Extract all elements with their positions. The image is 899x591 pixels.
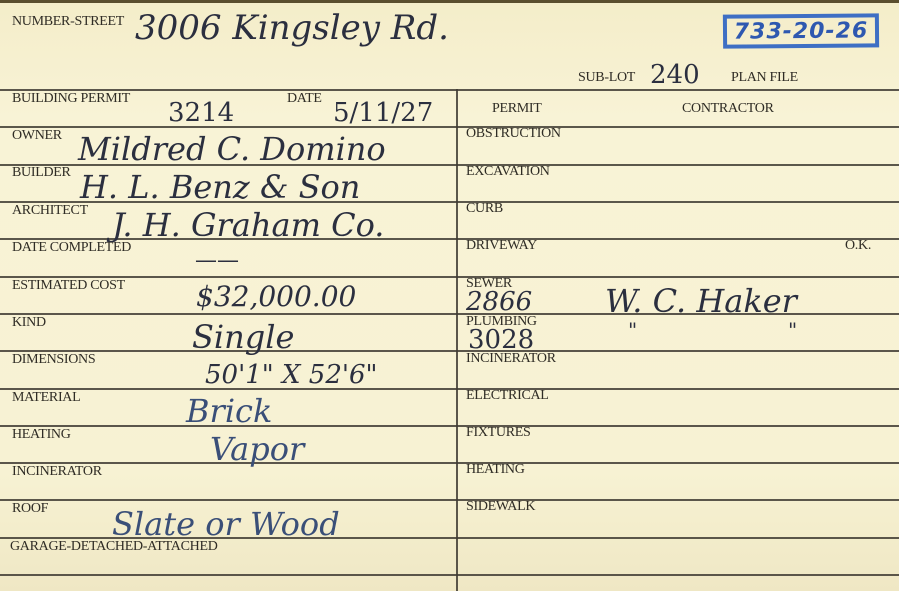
owner-label: OWNER: [12, 128, 62, 144]
plan-file-label: PLAN FILE: [731, 70, 798, 86]
rule: [0, 388, 899, 390]
builder-label: BUILDER: [12, 165, 71, 181]
material-value: Brick: [186, 392, 272, 430]
date-completed-value: ——: [195, 248, 239, 273]
obstruction-label: OBSTRUCTION: [466, 126, 561, 142]
permit-column-header: PERMIT: [492, 101, 542, 117]
owner-value: Mildred C. Domino: [78, 130, 386, 168]
dimensions-value: 50'1" X 52'6": [205, 360, 378, 390]
driveway-status: O.K.: [845, 238, 871, 254]
incinerator-permit-label: INCINERATOR: [466, 351, 556, 367]
builder-value: H. L. Benz & Son: [80, 168, 360, 206]
contractor-column-header: CONTRACTOR: [682, 101, 774, 117]
date-value: 5/11/27: [333, 98, 433, 128]
kind-value: Single: [192, 318, 294, 356]
building-permit-card: NUMBER-STREET 3006 Kingsley Rd. 733-20-2…: [0, 0, 899, 591]
rule: [0, 126, 899, 128]
number-street-value: 3006 Kingsley Rd.: [135, 8, 449, 48]
garage-label: GARAGE-DETACHED-ATTACHED: [10, 539, 218, 555]
incinerator-label: INCINERATOR: [12, 464, 102, 480]
rule: [0, 499, 899, 501]
sewer-permit-value: 2866: [466, 287, 532, 317]
sublot-label: SUB-LOT: [578, 70, 635, 86]
material-label: MATERIAL: [12, 390, 80, 406]
column-divider: [456, 89, 458, 591]
electrical-label: ELECTRICAL: [466, 388, 549, 404]
sublot-value: 240: [650, 60, 700, 90]
rule: [0, 462, 899, 464]
heating-value: Vapor: [210, 430, 304, 468]
rule: [0, 574, 899, 576]
rule: [0, 425, 899, 427]
roof-label: ROOF: [12, 501, 48, 517]
fixtures-label: FIXTURES: [466, 425, 531, 441]
estimated-cost-value: $32,000.00: [196, 280, 356, 313]
heating-label: HEATING: [12, 427, 71, 443]
sidewalk-label: SIDEWALK: [466, 499, 535, 515]
dimensions-label: DIMENSIONS: [12, 352, 95, 368]
rule: [0, 89, 899, 91]
curb-label: CURB: [466, 201, 503, 217]
heating-permit-label: HEATING: [466, 462, 525, 478]
date-label: DATE: [287, 91, 322, 107]
number-street-label: NUMBER-STREET: [12, 14, 124, 30]
rule: [0, 276, 899, 278]
architect-value: J. H. Graham Co.: [112, 206, 384, 244]
file-number-stamp: 733-20-26: [723, 13, 879, 48]
sewer-contractor-value: W. C. Haker: [605, 282, 797, 320]
architect-label: ARCHITECT: [12, 203, 88, 219]
building-permit-label: BUILDING PERMIT: [12, 91, 130, 107]
building-permit-value: 3214: [168, 98, 234, 128]
driveway-label: DRIVEWAY: [466, 238, 537, 254]
card-top-edge: [0, 0, 899, 3]
plumbing-ditto-mark-1: ": [628, 318, 637, 342]
plumbing-ditto-mark-2: ": [788, 318, 797, 342]
estimated-cost-label: ESTIMATED COST: [12, 278, 125, 294]
roof-value: Slate or Wood: [112, 505, 340, 543]
kind-label: KIND: [12, 315, 46, 331]
excavation-label: EXCAVATION: [466, 164, 550, 180]
rule: [0, 350, 899, 352]
date-completed-label: DATE COMPLETED: [12, 240, 131, 256]
